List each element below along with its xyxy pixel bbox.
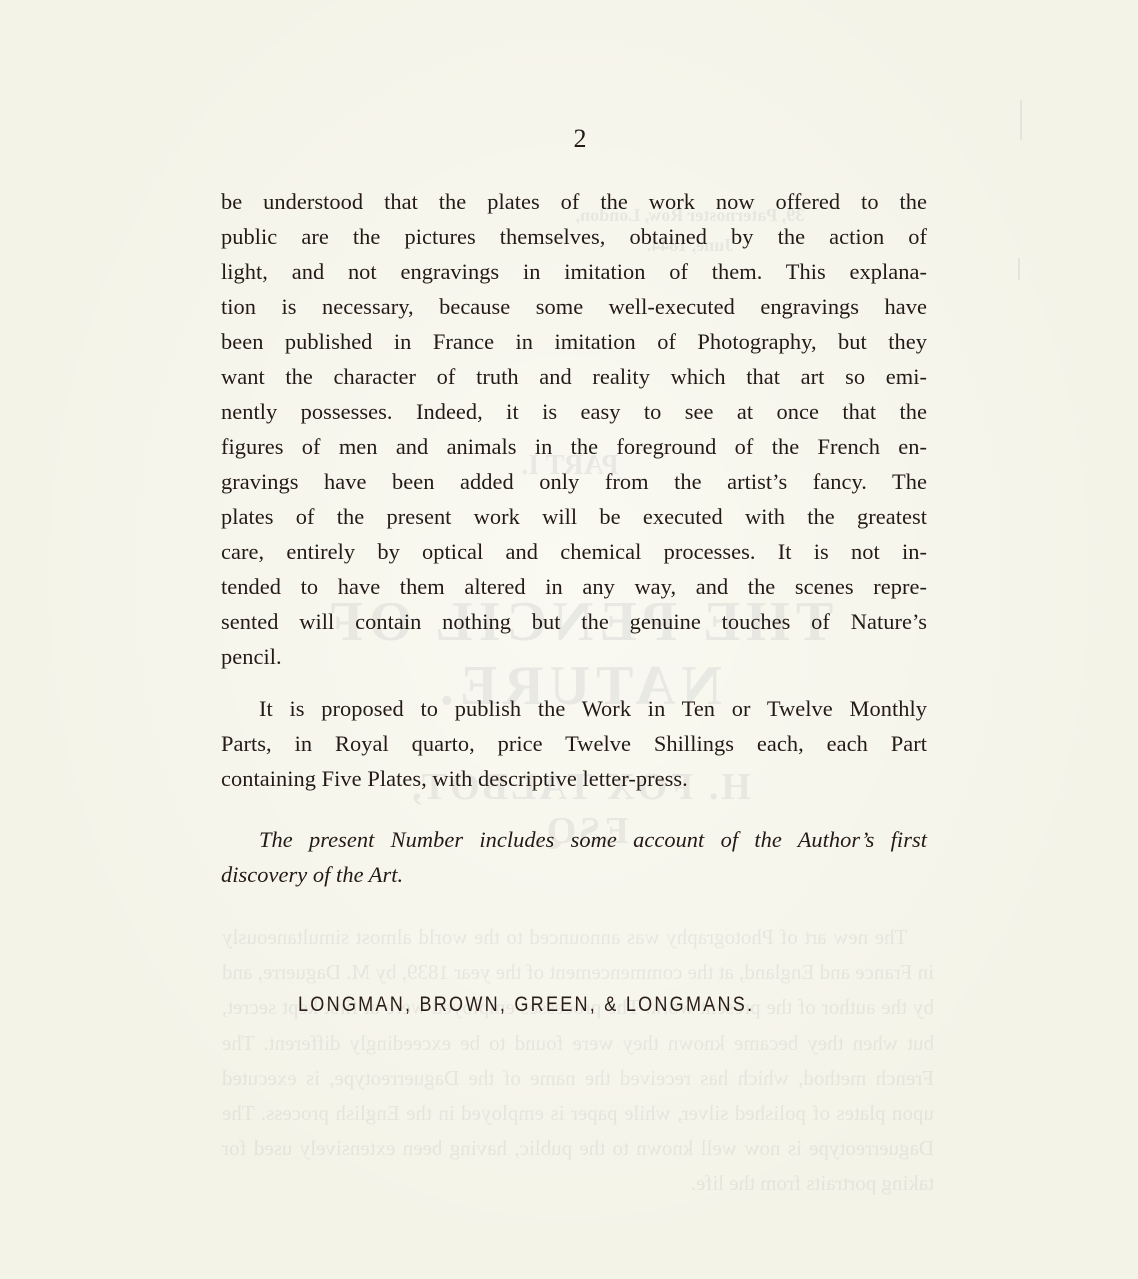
- document-page: 39, Paternoster Row, London,June, 1844. …: [0, 0, 1138, 1279]
- text-line: sented will contain nothing but the genu…: [221, 604, 927, 639]
- text-line: been published in France in imitation of…: [221, 324, 927, 359]
- text-line: light, and not engravings in imitation o…: [221, 254, 927, 289]
- text-line: figures of men and animals in the foregr…: [221, 429, 927, 464]
- edge-mark: [1018, 258, 1020, 280]
- text-line: The present Number includes some account…: [221, 822, 927, 857]
- page-number: 2: [0, 122, 1138, 156]
- text-line: Parts, in Royal quarto, price Twelve Shi…: [221, 726, 927, 761]
- text-line: be understood that the plates of the wor…: [221, 184, 927, 219]
- paragraph-plates-explanation: be understood that the plates of the wor…: [221, 184, 927, 674]
- show-through-body: The new art of Photography was announced…: [222, 920, 934, 1202]
- text-line: plates of the present work will be execu…: [221, 499, 927, 534]
- publisher-imprint: LONGMAN, BROWN, GREEN, & LONGMANS.: [298, 993, 776, 1017]
- text-line: It is proposed to publish the Work in Te…: [221, 691, 927, 726]
- text-line: public are the pictures themselves, obta…: [221, 219, 927, 254]
- paragraph-number-note: The present Number includes some account…: [221, 822, 927, 892]
- text-line: care, entirely by optical and chemical p…: [221, 534, 927, 569]
- text-line: discovery of the Art.: [221, 857, 927, 892]
- text-line: containing Five Plates, with descriptive…: [221, 761, 927, 796]
- text-line: pencil.: [221, 639, 927, 674]
- text-line: tended to have them altered in any way, …: [221, 569, 927, 604]
- text-line: want the character of truth and reality …: [221, 359, 927, 394]
- text-line: tion is necessary, because some well-exe…: [221, 289, 927, 324]
- paragraph-publication-terms: It is proposed to publish the Work in Te…: [221, 691, 927, 796]
- text-line: nently possesses. Indeed, it is easy to …: [221, 394, 927, 429]
- text-line: gravings have been added only from the a…: [221, 464, 927, 499]
